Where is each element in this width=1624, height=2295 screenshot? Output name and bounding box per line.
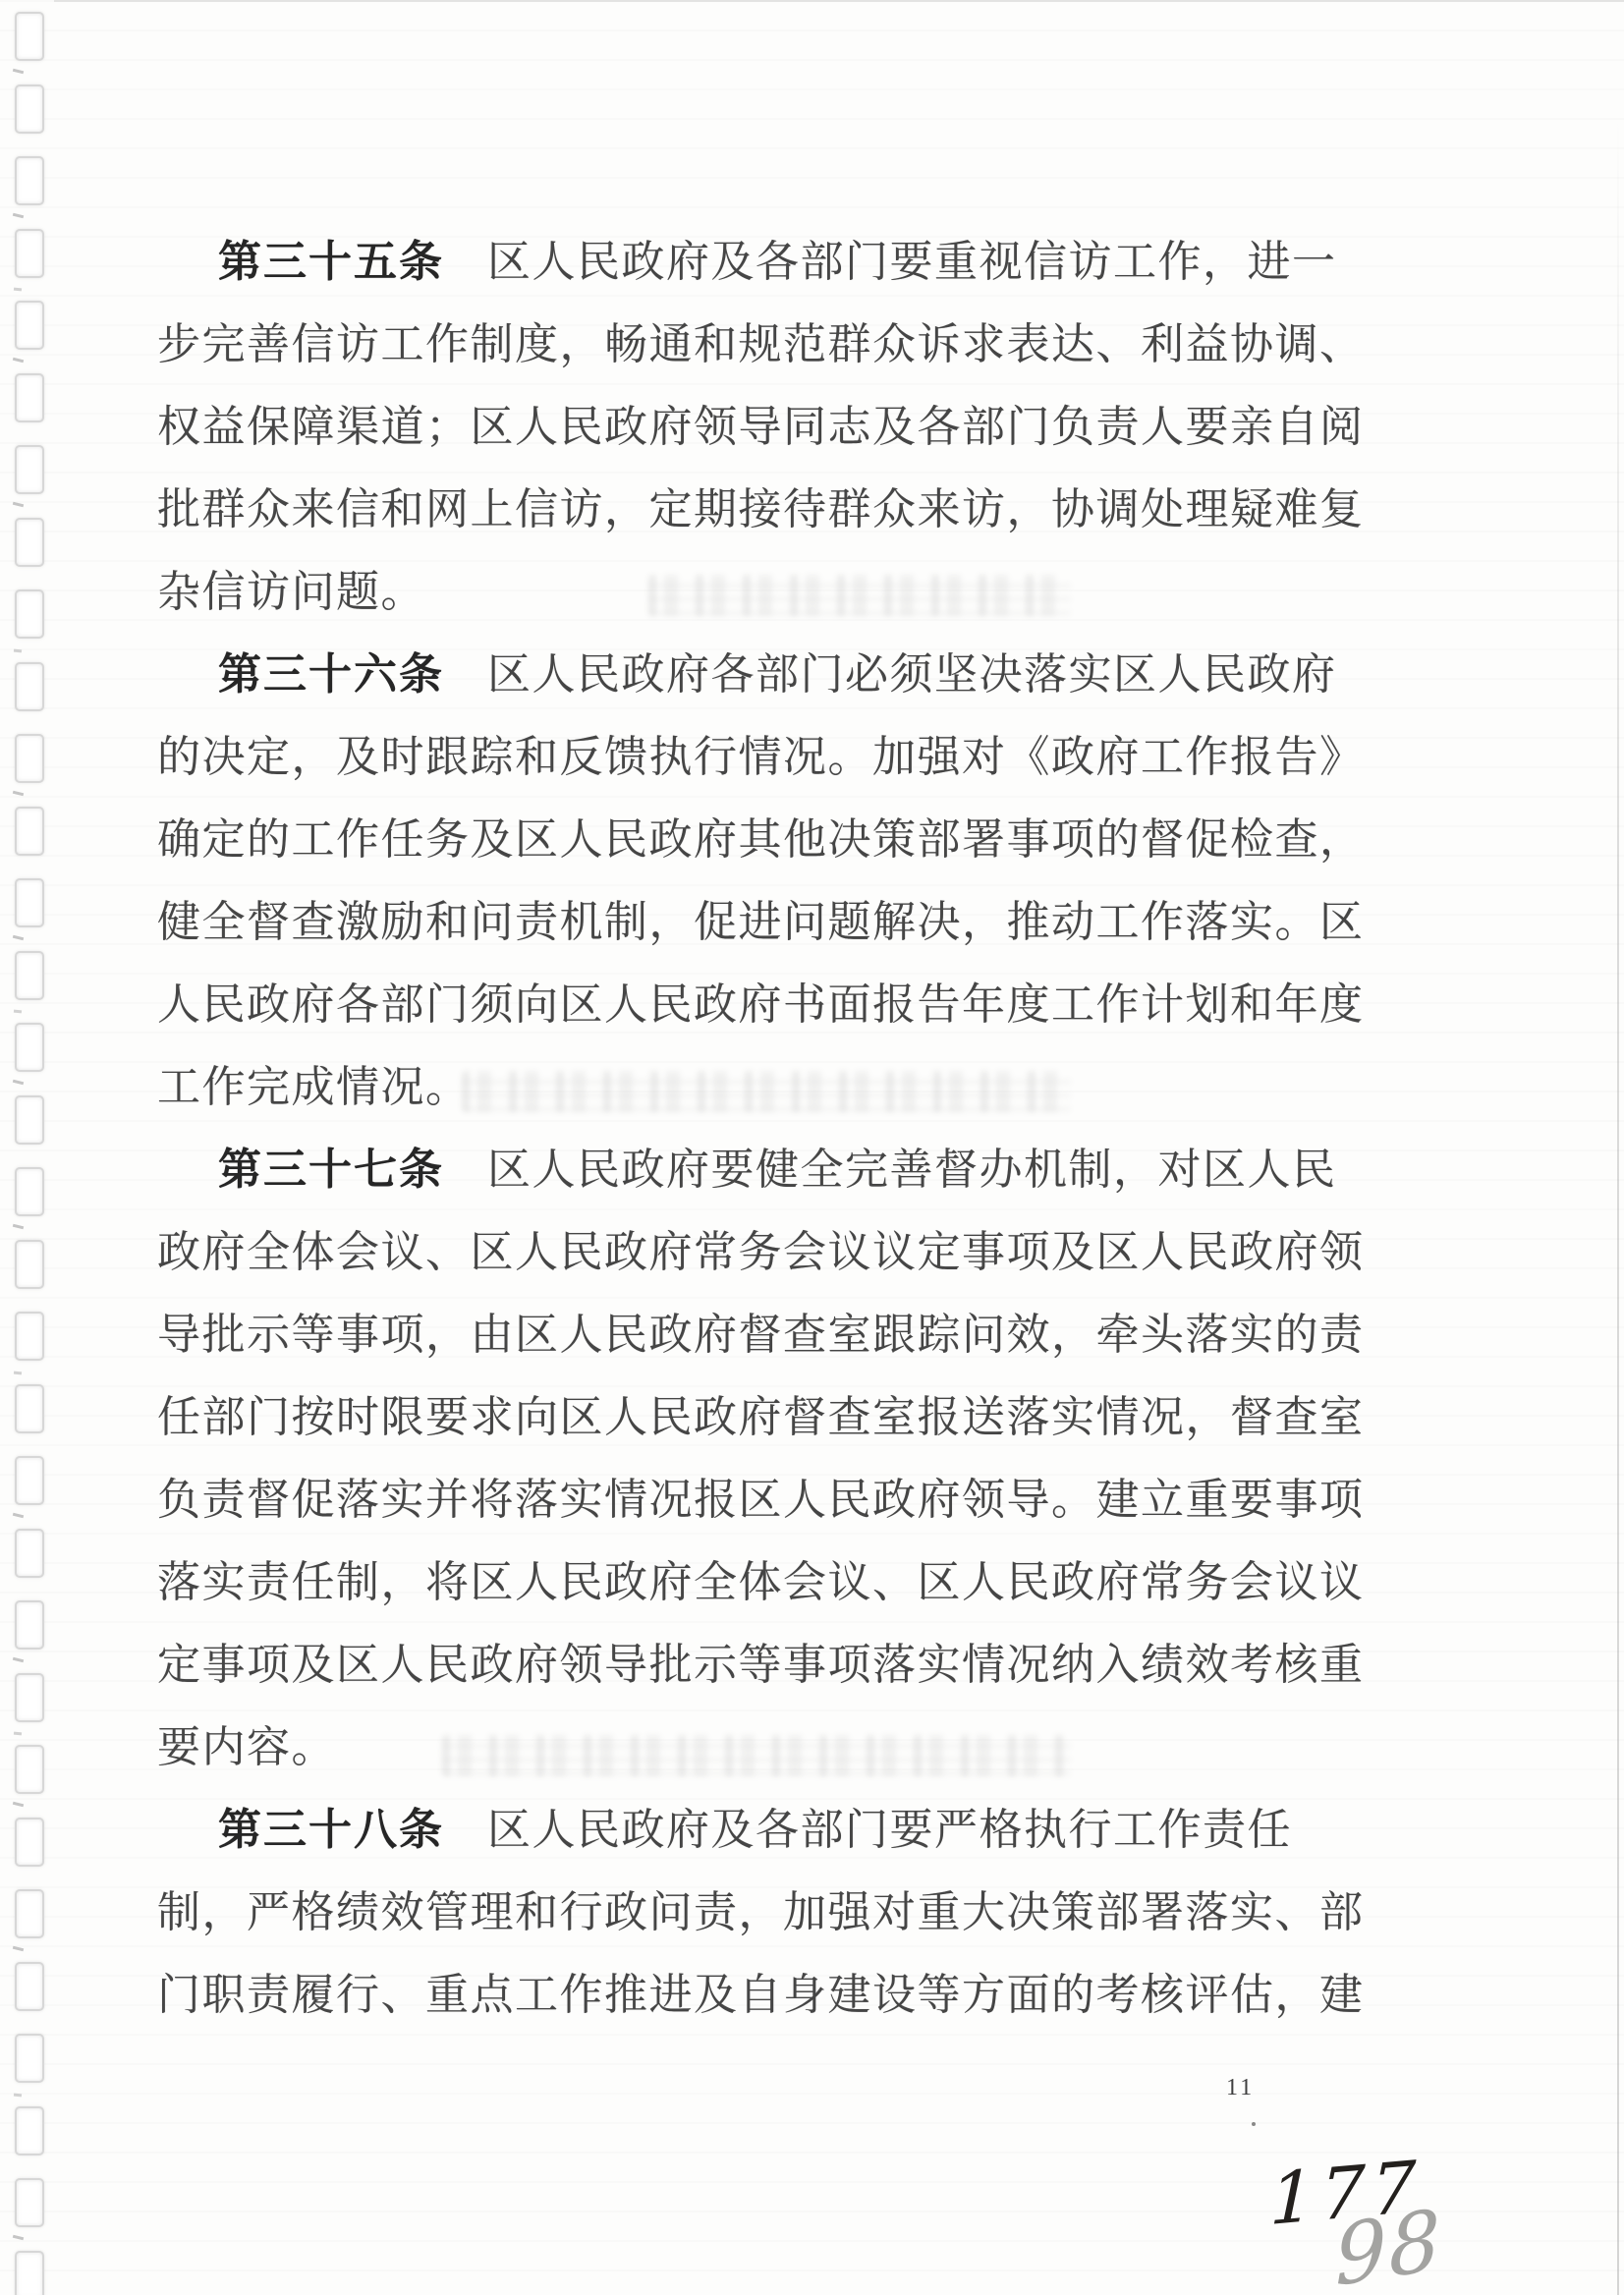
- scanned-document-page: { "document": { "articles": [ { "heading…: [0, 0, 1624, 2295]
- binding-hole: [15, 2251, 44, 2295]
- binding-hole: [15, 1023, 44, 1072]
- binding-hole: [15, 734, 44, 783]
- article-36-line: 人民政府各部门须向区人民政府书面报告年度工作计划和年度: [157, 964, 1346, 1046]
- article-37-heading: 第三十七条: [218, 1146, 444, 1194]
- binding-hole: [15, 662, 44, 711]
- article-37-text: 区人民政府要健全完善督办机制，对区人民: [487, 1146, 1337, 1194]
- binding-hole: [15, 518, 44, 567]
- article-38-line: 门职责履行、重点工作推进及自身建设等方面的考核评估，建: [157, 1954, 1346, 2037]
- article-36-line: 的决定，及时跟踪和反馈执行情况。加强对《政府工作报告》: [157, 716, 1346, 799]
- article-37-line: 落实责任制，将区人民政府全体会议、区人民政府常务会议议: [157, 1541, 1346, 1624]
- article-38-heading: 第三十八条: [218, 1806, 444, 1854]
- article-35-line: 批群众来信和网上信访，定期接待群众来访，协调处理疑难复: [157, 469, 1346, 551]
- handwritten-note-98: 98: [1334, 2198, 1443, 2295]
- binding-hole: [15, 84, 44, 134]
- page-number-dot: [1252, 2122, 1256, 2126]
- article-35-heading: 第三十五条: [218, 238, 444, 286]
- binding-hole: [15, 2034, 44, 2083]
- binding-holes-column: [0, 0, 59, 2295]
- article-37-line: 负责督促落实并将落实情况报区人民政府领导。建立重要事项: [157, 1459, 1346, 1541]
- article-35-line: 步完善信访工作制度，畅通和规范群众诉求表达、利益协调、: [157, 304, 1346, 386]
- binding-hole: [15, 373, 44, 422]
- article-36-line: 第三十六条区人民政府各部门必须坚决落实区人民政府: [157, 634, 1346, 716]
- binding-hole: [15, 229, 44, 278]
- binding-hole: [15, 1167, 44, 1216]
- binding-hole: [15, 1889, 44, 1938]
- binding-hole: [15, 301, 44, 350]
- article-35-line: 第三十五条区人民政府及各部门要重视信访工作，进一: [157, 221, 1346, 304]
- article-37-line: 政府全体会议、区人民政府常务会议议定事项及区人民政府领: [157, 1211, 1346, 1294]
- bleedthrough-strip: [462, 1071, 1071, 1112]
- article-37-line: 导批示等事项，由区人民政府督查室跟踪问效，牵头落实的责: [157, 1294, 1346, 1376]
- binding-hole: [15, 1095, 44, 1145]
- article-37-line: 任部门按时限要求向区人民政府督查室报送落实情况，督查室: [157, 1376, 1346, 1459]
- binding-hole: [15, 1818, 44, 1867]
- binding-hole: [15, 2106, 44, 2155]
- binding-hole: [15, 156, 44, 205]
- article-38-line: 制，严格绩效管理和行政问责，加强对重大决策部署落实、部: [157, 1872, 1346, 1954]
- binding-hole: [15, 951, 44, 1000]
- binding-hole: [15, 1312, 44, 1361]
- binding-hole: [15, 1456, 44, 1505]
- binding-hole: [15, 12, 44, 61]
- binding-hole: [15, 1384, 44, 1433]
- article-35-line: 权益保障渠道；区人民政府领导同志及各部门负责人要亲自阅: [157, 386, 1346, 469]
- page-top-edge-shadow: [54, 0, 1624, 2]
- article-36-text: 区人民政府各部门必须坚决落实区人民政府: [487, 650, 1337, 699]
- binding-hole: [15, 1962, 44, 2011]
- bleedthrough-strip: [442, 1735, 1071, 1776]
- page-right-edge-shadow: [1617, 118, 1619, 2295]
- article-37-line: 第三十七条区人民政府要健全完善督办机制，对区人民: [157, 1129, 1346, 1211]
- binding-hole: [15, 1240, 44, 1289]
- binding-hole: [15, 445, 44, 494]
- binding-hole: [15, 2178, 44, 2227]
- binding-hole: [15, 1529, 44, 1578]
- binding-hole: [15, 807, 44, 856]
- binding-hole: [15, 1745, 44, 1794]
- binding-hole: [15, 878, 44, 927]
- article-36-line: 确定的工作任务及区人民政府其他决策部署事项的督促检查，: [157, 799, 1346, 881]
- binding-hole: [15, 589, 44, 639]
- article-38-text: 区人民政府及各部门要严格执行工作责任: [487, 1806, 1292, 1854]
- article-35-text: 区人民政府及各部门要重视信访工作，进一: [487, 238, 1337, 286]
- article-36-heading: 第三十六条: [218, 650, 444, 699]
- bleedthrough-strip: [648, 575, 1071, 616]
- article-36-line: 健全督查激励和问责机制，促进问题解决，推动工作落实。区: [157, 881, 1346, 964]
- article-37-line: 定事项及区人民政府领导批示等事项落实情况纳入绩效考核重: [157, 1624, 1346, 1707]
- article-38-line: 第三十八条区人民政府及各部门要严格执行工作责任: [157, 1789, 1346, 1872]
- page-number: 11: [1226, 2075, 1255, 2101]
- binding-hole: [15, 1600, 44, 1650]
- binding-hole: [15, 1673, 44, 1722]
